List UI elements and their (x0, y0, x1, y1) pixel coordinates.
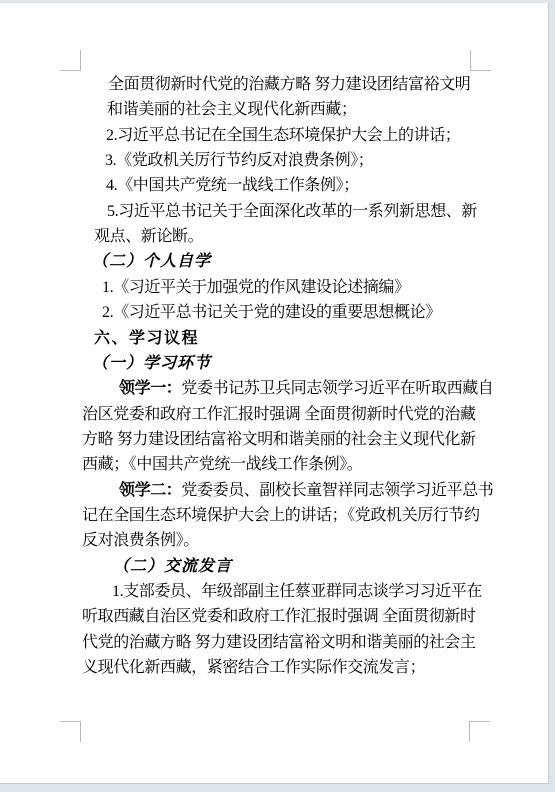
lead-in-bold: 领学一： (119, 380, 181, 397)
text-line: 六、学习议程 (94, 326, 199, 351)
document-canvas: { "page": { "background_color": "#dfe4e8… (0, 0, 555, 792)
text-line: （二）交流发言 (113, 554, 232, 579)
text-line: 和谐美丽的社会主义现代化新西藏； (107, 97, 357, 122)
text-line: 1.《习近平关于加强党的作风建设论述摘编》 (102, 275, 410, 300)
text-line: 3.《党政机关厉行节约反对浪费条例》； (105, 148, 373, 173)
text-line: 4.《中国共产党统一战线工作条例》； (106, 173, 359, 198)
text-layer: 全面贯彻新时代党的治藏方略 努力建设团结富裕文明和谐美丽的社会主义现代化新西藏；… (0, 0, 555, 792)
text-line: （一）学习环节 (92, 351, 211, 376)
text-line: （二）个人自学 (92, 249, 211, 274)
text-line: 治区党委和政府工作汇报时强调 全面贯彻新时代党的治藏 (82, 402, 476, 427)
text-line: 代党的治藏方略 努力建设团结富裕文明和谐美丽的社会主 (82, 630, 476, 655)
text-line: 2.习近平总书记在全国生态环境保护大会上的讲话； (106, 123, 460, 148)
text-line: 全面贯彻新时代党的治藏方略 努力建设团结富裕文明 (108, 72, 470, 97)
text-line: 方略 努力建设团结富裕文明和谐美丽的社会主义现代化新 (82, 427, 476, 452)
text-line: 领学一：党委书记苏卫兵同志领学习近平在听取西藏自 (119, 376, 493, 401)
text-line: 听取西藏自治区党委和政府工作汇报时强调 全面贯彻新时 (82, 604, 476, 629)
text-line: 1.支部委员、年级部副主任蔡亚群同志谈学习习近平在 (112, 579, 482, 604)
text-line: 义现代化新西藏，紧密结合工作实际作交流发言； (82, 655, 425, 680)
text-line: 反对浪费条例》。 (82, 528, 199, 553)
text-line: 记在全国生态环境保护大会上的讲话；《党政机关厉行节约 (82, 503, 480, 528)
text-line: 观点、新论断。 (94, 224, 203, 249)
lead-in-bold: 领学二： (119, 482, 181, 499)
text-line: 领学二：党委委员、副校长童智祥同志领学习近平总书 (119, 478, 493, 503)
text-line: 西藏；《中国共产党统一战线工作条例》。 (82, 452, 362, 477)
text-line: 2.《习近平总书记关于党的建设的重要思想概论》 (102, 300, 441, 325)
text-line: 5.习近平总书记关于全面深化改革的一系列新思想、新 (107, 199, 477, 224)
